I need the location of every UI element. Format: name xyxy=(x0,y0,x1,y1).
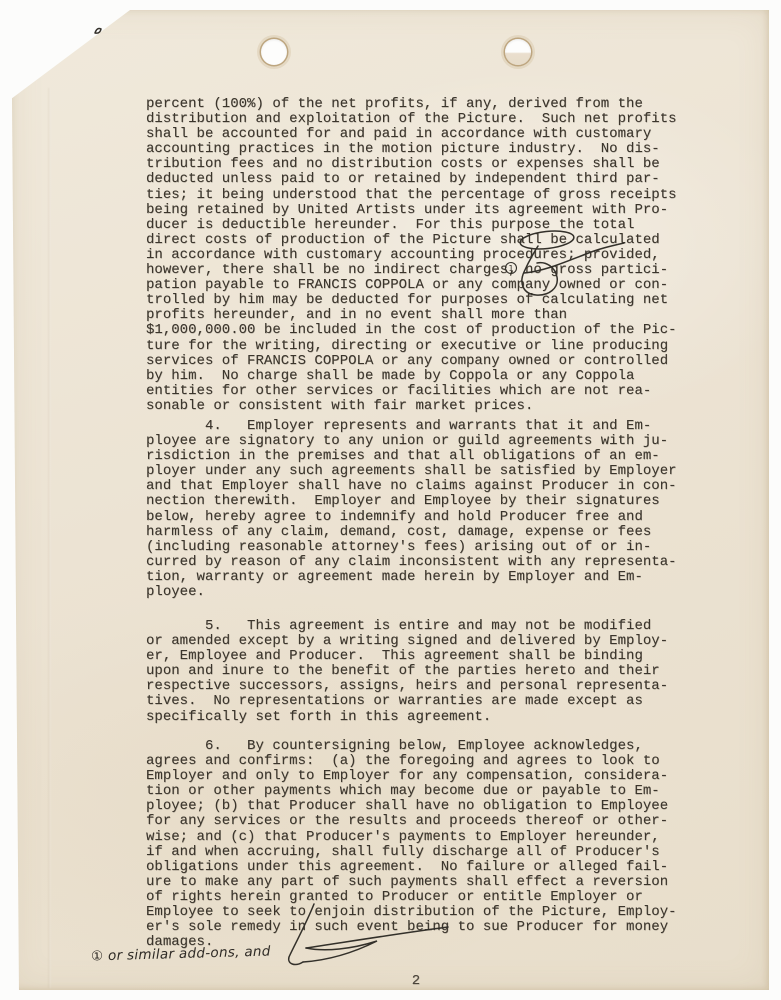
page-number: 2 xyxy=(388,973,444,989)
document-scan: percent (100%) of the net profits, if an… xyxy=(0,0,781,1000)
typed-text-layer: percent (100%) of the net profits, if an… xyxy=(0,0,781,1000)
paragraph-clause-5: 5. This agreement is entire and may not … xyxy=(146,619,668,725)
paragraph-net-profits-continuation: percent (100%) of the net profits, if an… xyxy=(146,97,677,414)
paragraph-clause-6: 6. By countersigning below, Employee ack… xyxy=(146,739,677,950)
paragraph-clause-4: 4. Employer represents and warrants that… xyxy=(146,419,677,600)
handwritten-footnote: ① or similar add-ons, and xyxy=(91,943,271,964)
